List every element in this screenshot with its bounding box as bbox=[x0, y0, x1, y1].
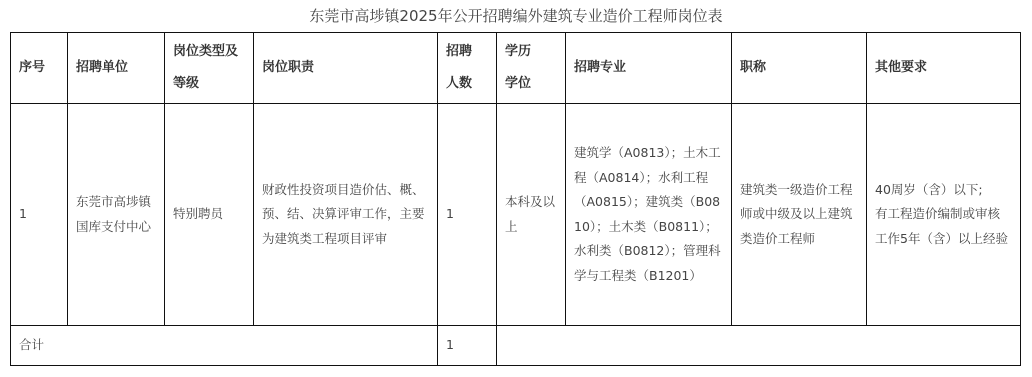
header-majors: 招聘专业 bbox=[566, 33, 732, 104]
cell-majors: 建筑学（A0813）；土木工程（A0814）；水利工程（A0815）；建筑类（B… bbox=[566, 104, 732, 326]
header-duties: 岗位职责 bbox=[254, 33, 438, 104]
header-title: 职称 bbox=[732, 33, 867, 104]
cell-other: 40周岁（含）以下;有工程造价编制或审核工作5年（含）以上经验 bbox=[867, 104, 1021, 326]
cell-unit: 东莞市高埗镇国库支付中心 bbox=[68, 104, 165, 326]
table-row: 1 东莞市高埗镇国库支付中心 特别聘员 财政性投资项目造价估、概、预、结、决算评… bbox=[11, 104, 1021, 326]
header-row: 序号 招聘单位 岗位类型及等级 岗位职责 招聘人数 学历学位 招聘专业 职称 其… bbox=[11, 33, 1021, 104]
header-unit: 招聘单位 bbox=[68, 33, 165, 104]
page-title: 东莞市高埗镇2025年公开招聘编外建筑专业造价工程师岗位表 bbox=[0, 6, 1032, 26]
header-other: 其他要求 bbox=[867, 33, 1021, 104]
total-empty bbox=[497, 326, 1021, 366]
total-row: 合计 1 bbox=[11, 326, 1021, 366]
cell-title: 建筑类一级造价工程师或中级及以上建筑类造价工程师 bbox=[732, 104, 867, 326]
total-count: 1 bbox=[438, 326, 497, 366]
header-position-type: 岗位类型及等级 bbox=[165, 33, 254, 104]
header-index: 序号 bbox=[11, 33, 68, 104]
cell-index: 1 bbox=[11, 104, 68, 326]
cell-position-type: 特别聘员 bbox=[165, 104, 254, 326]
recruitment-table: 序号 招聘单位 岗位类型及等级 岗位职责 招聘人数 学历学位 招聘专业 职称 其… bbox=[10, 32, 1021, 366]
header-education: 学历学位 bbox=[497, 33, 566, 104]
cell-education: 本科及以上 bbox=[497, 104, 566, 326]
total-label: 合计 bbox=[11, 326, 438, 366]
cell-count: 1 bbox=[438, 104, 497, 326]
cell-duties: 财政性投资项目造价估、概、预、结、决算评审工作，主要为建筑类工程项目评审 bbox=[254, 104, 438, 326]
header-count: 招聘人数 bbox=[438, 33, 497, 104]
